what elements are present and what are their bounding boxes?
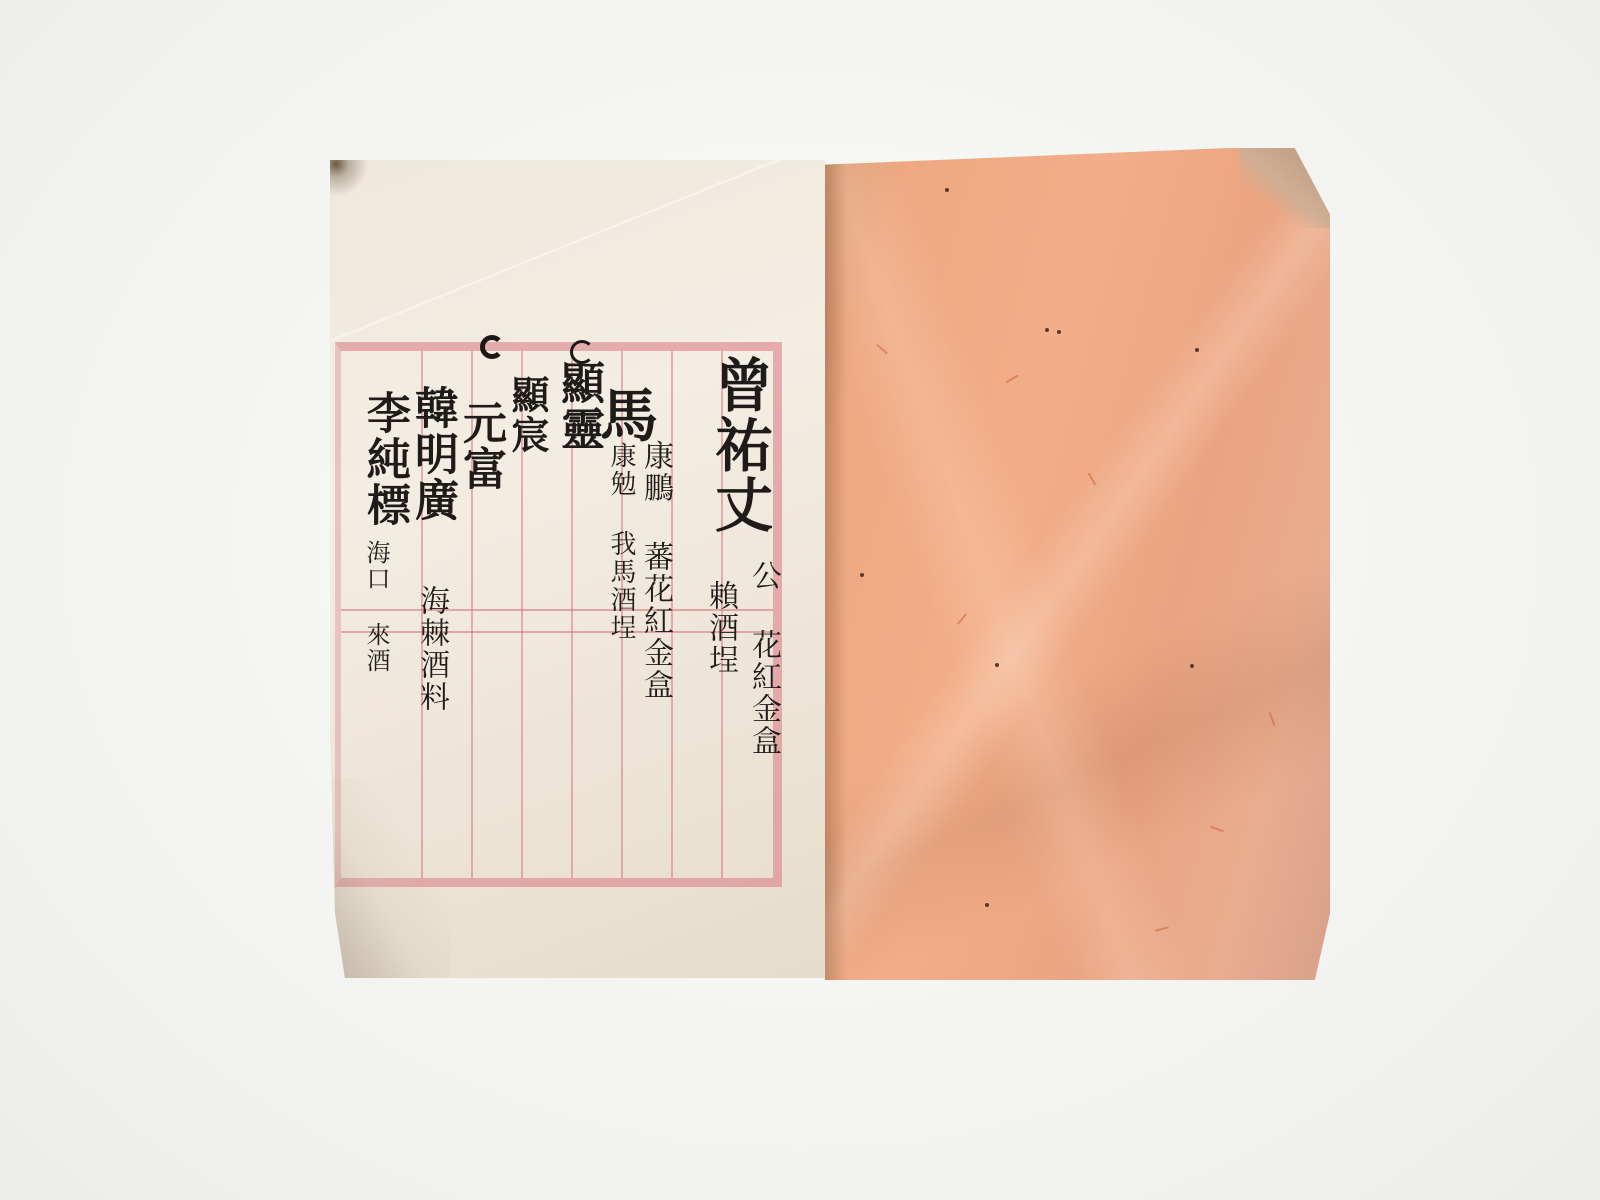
right-page-cover (825, 148, 1330, 980)
calligraphy-annotation: 海口 來酒 (364, 540, 388, 674)
calligraphy-main-name: 顯靈 (556, 360, 600, 452)
paper-speck (945, 188, 949, 192)
calligraphy-main-name: 元富 (458, 400, 502, 492)
paper-speck (1195, 348, 1199, 352)
calligraphy-annotation: 海棘酒料 (416, 585, 446, 713)
calligraphy-annotation: 賴酒埕 (705, 580, 735, 676)
paper-fiber (1155, 926, 1169, 932)
calligraphy-annotation: 康勉 我馬酒埕 (608, 442, 634, 642)
paper-speck (1190, 664, 1194, 668)
paper-crease (330, 155, 790, 342)
calligraphy-main-name: 韓明廣 (410, 385, 454, 523)
left-page: 曾祐丈 公 花紅金盒 賴酒埕 馬 康鵬 蕃花紅金盒 康勉 我馬酒埕 顯靈 顯宸 … (330, 160, 825, 978)
calligraphy-annotation: 公 花紅金盒 (748, 560, 778, 757)
paper-fiber (1088, 472, 1097, 485)
paper-fiber (957, 613, 968, 625)
calligraphy-annotation: 康鵬 蕃花紅金盒 (640, 440, 670, 701)
paper-speck (995, 663, 999, 667)
paper-speck (1045, 328, 1049, 332)
paper-speck (985, 903, 989, 907)
ink-circle-mark (480, 335, 504, 359)
calligraphy-main-name: 顯宸 (508, 375, 546, 455)
paper-fiber (876, 344, 888, 355)
paper-fiber (1005, 375, 1018, 384)
calligraphy-main-name: 李純標 (362, 390, 406, 528)
paper-fiber (1210, 826, 1224, 833)
paper-speck (1057, 330, 1061, 334)
spine-shadow (825, 148, 847, 980)
paper-speck (860, 573, 864, 577)
paper-fiber (1269, 712, 1276, 726)
calligraphy-main-name: 曾祐丈 (710, 355, 768, 535)
